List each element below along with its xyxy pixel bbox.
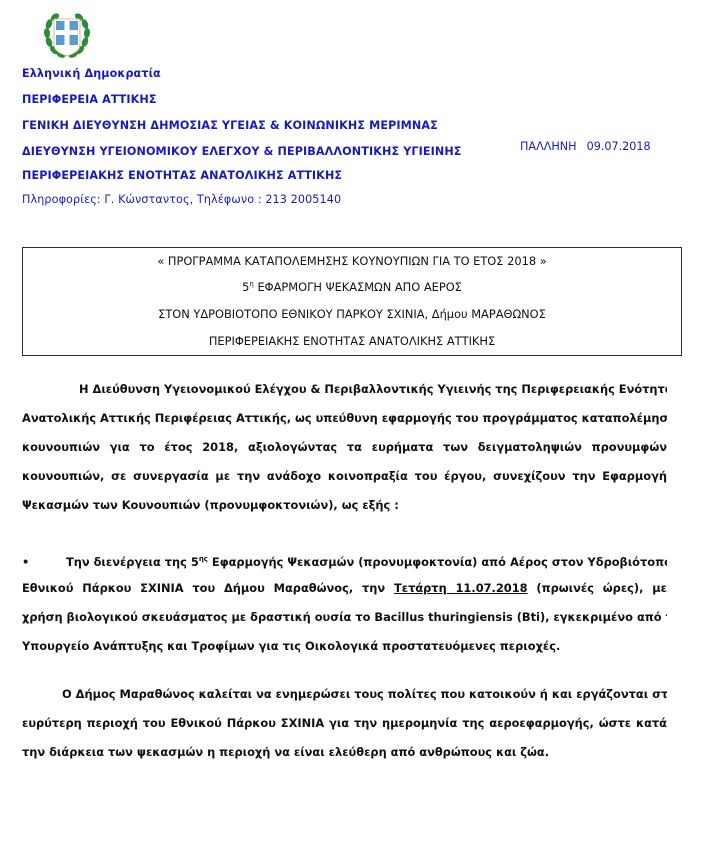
bullet-text: Την διενέργεια της 5 xyxy=(66,555,199,569)
bullet-item: •Την διενέργεια της 5ης Εφαρμογής Ψεκασμ… xyxy=(22,549,667,665)
general-directorate: ΓΕΝΙΚΗ ΔΙΕΥΘΥΝΣΗ ΔΗΜΟΣΙΑΣ ΥΓΕΙΑΣ & ΚΟΙΝΩ… xyxy=(22,119,438,132)
title-program: « ΠΡΟΓΡΑΜΜΑ ΚΑΤΑΠΟΛΕΜΗΣΗΣ ΚΟΥΝΟΥΠΙΩΝ ΓΙΑ… xyxy=(23,254,681,268)
paragraph-intro: Η Διεύθυνση Υγειονομικού Ελέγχου & Περιβ… xyxy=(22,379,667,524)
directorate: ΔΙΕΥΘΥΝΣΗ ΥΓΕΙΟΝΟΜΙΚΟΥ ΕΛΕΓΧΟΥ & ΠΕΡΙΒΑΛ… xyxy=(22,145,462,158)
paragraph-line: ευρύτερη περιοχή του Εθνικού Πάρκου ΣΧΙΝ… xyxy=(22,713,667,742)
paragraph-notice: Ο Δήμος Μαραθώνος καλείται να ενημερώσει… xyxy=(22,684,667,771)
bullet-line: •Την διενέργεια της 5ης Εφαρμογής Ψεκασμ… xyxy=(22,549,667,578)
paragraph-line: κουνουπιών για το έτος 2018, αξιολογώντα… xyxy=(22,437,667,466)
bullet-text: Εθνικού Πάρκου ΣΧΙΝΙΑ του Δήμου Μαραθώνο… xyxy=(22,581,394,595)
bullet-text: Εφαρμογής Ψεκασμών (προνυμφοκτονία) από … xyxy=(208,555,667,569)
title-box: « ΠΡΟΓΡΑΜΜΑ ΚΑΤΑΠΟΛΕΜΗΣΗΣ ΚΟΥΝΟΥΠΙΩΝ ΓΙΑ… xyxy=(22,247,682,356)
title-regional-unit: ΠΕΡΙΦΕΡΕΙΑΚΗΣ ΕΝΟΤΗΤΑΣ ΑΝΑΤΟΛΙΚΗΣ ΑΤΤΙΚΗ… xyxy=(23,334,681,348)
title-application-text: ΕΦΑΡΜΟΓΗ ΨΕΚΑΣΜΩΝ ΑΠΟ ΑΕΡΟΣ xyxy=(254,280,462,294)
bullet-line: χρήση βιολογικού σκευάσματος με δραστική… xyxy=(22,607,667,636)
bullet-text: (πρωινές ώρες), με xyxy=(528,581,667,595)
regional-unit: ΠΕΡΙΦΕΡΕΙΑΚΗΣ ΕΝΟΤΗΤΑΣ ΑΝΑΤΟΛΙΚΗΣ ΑΤΤΙΚΗ… xyxy=(22,169,342,182)
bullet-marker: • xyxy=(22,552,66,572)
paragraph-line: κουνουπιών, σε συνεργασία με την ανάδοχο… xyxy=(22,466,667,495)
document-page: Ελληνική Δημοκρατία ΠΕΡΙΦΕΡΕΙΑ ΑΤΤΙΚΗΣ Γ… xyxy=(0,0,703,841)
bullet-line: Εθνικού Πάρκου ΣΧΙΝΙΑ του Δήμου Μαραθώνο… xyxy=(22,578,667,607)
bullet-line: Υπουργείο Ανάπτυξης και Τροφίμων για τις… xyxy=(22,636,667,665)
place: ΠΑΛΛΗΝΗ xyxy=(520,140,577,153)
place-and-date: ΠΑΛΛΗΝΗ09.07.2018 xyxy=(520,140,651,153)
greek-coat-of-arms-icon xyxy=(40,12,94,62)
title-location: ΣΤΟΝ ΥΔΡΟΒΙΟΤΟΠΟ ΕΘΝΙΚΟΥ ΠΑΡΚΟΥ ΣΧΙΝΙΑ, … xyxy=(23,307,681,321)
ordinal-suffix: ης xyxy=(199,555,208,563)
title-application: 5η ΕΦΑΡΜΟΓΗ ΨΕΚΑΣΜΩΝ ΑΠΟ ΑΕΡΟΣ xyxy=(23,280,681,294)
region-name: ΠΕΡΙΦΕΡΕΙΑ ΑΤΤΙΚΗΣ xyxy=(22,93,157,106)
contact-info: Πληροφορίες: Γ. Κώνσταντος, Τηλέφωνο : 2… xyxy=(22,193,341,206)
paragraph-line: Ψεκασμών των Κουνουπιών (προνυμφοκτονιών… xyxy=(22,495,667,524)
application-date: Τετάρτη 11.07.2018 xyxy=(394,581,528,595)
paragraph-line: Ανατολικής Αττικής Περιφέρειας Αττικής, … xyxy=(22,408,667,437)
paragraph-line: Ο Δήμος Μαραθώνος καλείται να ενημερώσει… xyxy=(22,684,667,713)
document-date: 09.07.2018 xyxy=(587,140,651,153)
country-name: Ελληνική Δημοκρατία xyxy=(22,67,161,80)
paragraph-line: Η Διεύθυνση Υγειονομικού Ελέγχου & Περιβ… xyxy=(22,379,667,408)
paragraph-line: την διάρκεια των ψεκασμών η περιοχή να ε… xyxy=(22,742,667,771)
